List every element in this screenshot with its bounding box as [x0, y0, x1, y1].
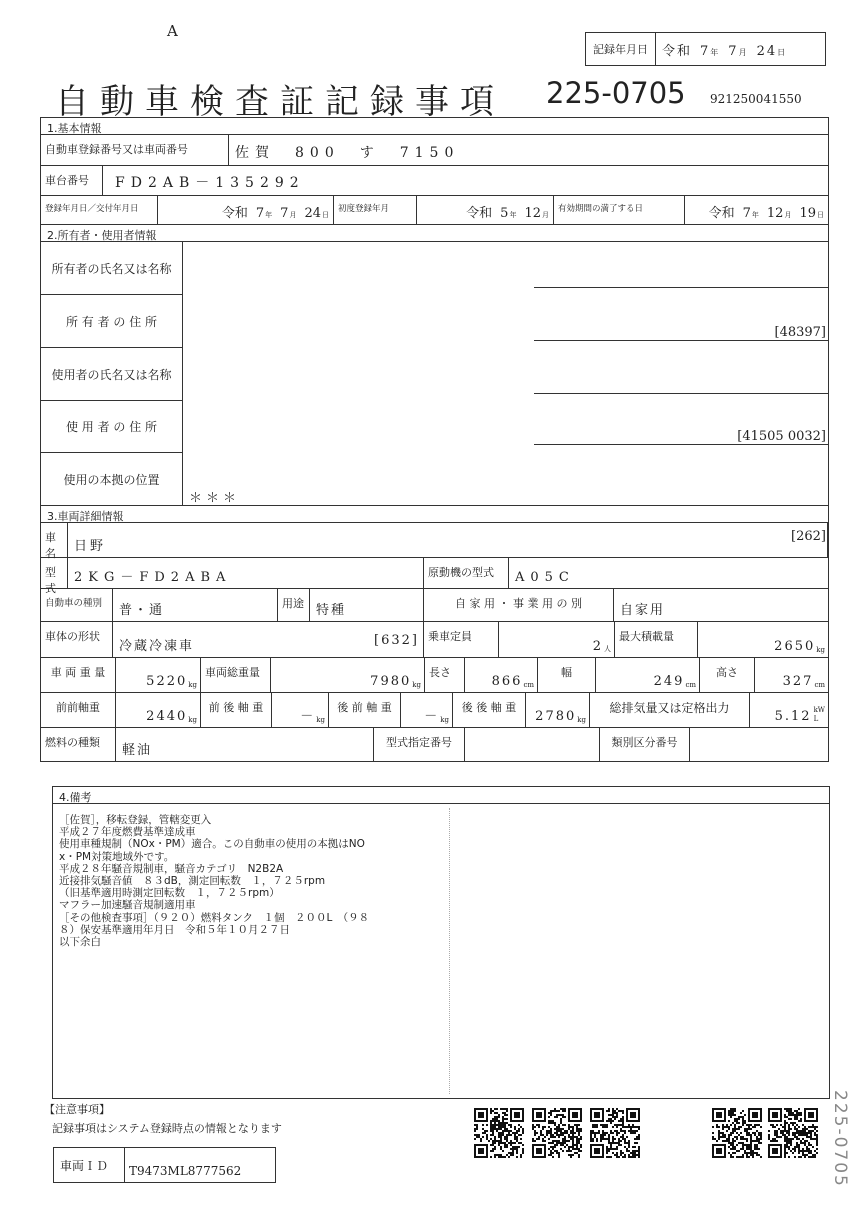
- rear-front-axle-label: 後 前 軸 重: [329, 693, 401, 727]
- length-value: 866cm: [465, 658, 538, 692]
- rr-axle: 2780: [535, 709, 576, 724]
- unit: 月: [289, 211, 296, 219]
- weight: 5220: [146, 674, 187, 689]
- chassis-label: 車台番号: [41, 166, 103, 195]
- front-front-axle-label: 前前軸重: [41, 693, 116, 727]
- model-label: 型式: [41, 558, 68, 588]
- chassis-value: FD2AB－135292: [103, 166, 828, 195]
- reg-number-value: 佐賀 800 す 7150: [229, 135, 828, 165]
- qr-code-2: [532, 1108, 582, 1158]
- type-approval-value: [465, 728, 600, 761]
- displacement: 5.12: [775, 709, 812, 724]
- max-load: 2650: [774, 639, 815, 654]
- section-remarks-heading: 4.備考: [53, 787, 829, 804]
- certificate-table: 1.基本情報 自動車登録番号又は車両番号 佐賀 800 す 7150 車台番号 …: [40, 117, 829, 762]
- owner-labels: 所有者の氏名又は名称 所 有 者 の 住 所 使用者の氏名又は名称 使 用 者 …: [41, 242, 183, 506]
- body-code: [632]: [374, 633, 419, 648]
- unit: cm: [523, 681, 534, 689]
- model-row: 型式 2KG－FD2ABA 原動機の型式 A05C: [41, 558, 828, 589]
- title-number: 225-0705: [546, 76, 686, 110]
- rear-front-axle-value: －kg: [401, 693, 453, 727]
- notice-text: 記録事項はシステム登録時点の情報となります: [52, 1120, 282, 1136]
- month: 12: [767, 206, 784, 221]
- year: 7: [743, 206, 751, 221]
- gross-weight-value: 7980kg: [271, 658, 425, 692]
- vehicle-id-value: T9473ML8777562: [125, 1148, 275, 1182]
- unit-kw: kW: [814, 706, 825, 715]
- month: 7: [728, 44, 738, 59]
- unit: 日: [777, 48, 787, 57]
- width-label: 幅: [538, 658, 596, 692]
- remarks-text: ［佐賀］，移転登録，管轄変更入 平成２７年度燃費基準達成車 使用車種規制（NOx…: [59, 814, 369, 948]
- era: 令和: [709, 202, 735, 221]
- max-load-value: 2650kg: [698, 622, 828, 657]
- reg-number-row: 自動車登録番号又は車両番号 佐賀 800 す 7150: [41, 135, 828, 166]
- unit: 人: [604, 644, 611, 654]
- unit-l: L: [814, 715, 825, 724]
- vehicle-name-value: 日野: [68, 523, 828, 557]
- front-rear-axle-value: －kg: [272, 693, 329, 727]
- unit: 月: [739, 48, 749, 57]
- kind-value: 普・通: [113, 589, 278, 621]
- unit: kg: [816, 646, 825, 654]
- fuel-row: 燃料の種類 軽油 型式指定番号 類別区分番号: [41, 728, 828, 761]
- height: 327: [783, 674, 814, 689]
- record-date-value: 令和 7年 7月 24日: [656, 33, 825, 65]
- weight-label: 車 両 重 量: [41, 658, 116, 692]
- private-value: 自家用: [614, 589, 828, 621]
- day: 24: [304, 206, 321, 221]
- use-value: 特種: [310, 589, 424, 621]
- width: 249: [654, 674, 685, 689]
- unit: kg: [440, 716, 449, 724]
- era: 令和: [222, 202, 248, 221]
- unit: 年: [752, 211, 759, 219]
- unit: kg: [577, 716, 586, 724]
- vehicle-id-label: 車両ＩＤ: [54, 1148, 125, 1182]
- body-shape: 冷蔵冷凍車: [119, 635, 194, 654]
- unit: 年: [265, 211, 272, 219]
- length-label: 長さ: [425, 658, 465, 692]
- vehicle-name-label: 車名: [41, 523, 68, 557]
- height-label: 高さ: [700, 658, 755, 692]
- qr-code-1: [474, 1108, 524, 1158]
- expiry-value: 令和 7年 12月 19日: [685, 196, 828, 224]
- user-name-label: 使用者の氏名又は名称: [41, 348, 183, 401]
- front-rear-axle-label: 前 後 軸 重: [201, 693, 272, 727]
- vehicle-name-row: 車名 日野 [262]: [41, 523, 828, 558]
- base-location-label: 使用の本拠の位置: [41, 453, 183, 506]
- record-date-box: 記録年月日 令和 7年 7月 24日: [585, 32, 826, 66]
- era: 令和: [662, 40, 692, 59]
- displacement-label: 総排気量又は定格出力: [590, 693, 750, 727]
- gross-weight: 7980: [370, 674, 411, 689]
- width-value: 249cm: [596, 658, 700, 692]
- weight-value: 5220kg: [116, 658, 201, 692]
- axle-row: 前前軸重 2440kg 前 後 軸 重 －kg 後 前 軸 重 －kg 後 後 …: [41, 693, 828, 728]
- unit: 年: [509, 211, 516, 219]
- base-location-value: ＊＊＊: [189, 487, 240, 506]
- length: 866: [492, 674, 523, 689]
- qr-code-3: [590, 1108, 640, 1158]
- front-front-axle-value: 2440kg: [116, 693, 201, 727]
- year: 5: [500, 206, 508, 221]
- kind-row: 自動車の種別 普・通 用途 特種 自 家 用 ・ 事 業 用 の 別 自家用: [41, 589, 828, 622]
- body-row: 車体の形状 冷蔵冷凍車 [632] 乗車定員 2人 最大積載量 2650kg: [41, 622, 828, 658]
- gross-weight-label: 車両総重量: [201, 658, 271, 692]
- owner-address-code: [48397]: [775, 325, 827, 340]
- year: 7: [700, 44, 710, 59]
- capacity: 2: [593, 639, 603, 654]
- page-title: 自動車検査証記録事項: [55, 74, 505, 123]
- rear-rear-axle-label: 後 後 軸 重: [453, 693, 526, 727]
- document-number: 921250041550: [710, 92, 802, 106]
- remarks-divider: [449, 808, 450, 1094]
- copy-mark: A: [167, 22, 178, 40]
- ff-axle: 2440: [146, 709, 187, 724]
- rear-rear-axle-value: 2780kg: [526, 693, 590, 727]
- fuel-value: 軽油: [116, 728, 374, 761]
- fuel-label: 燃料の種類: [41, 728, 116, 761]
- vehicle-name-code: [262]: [791, 529, 826, 544]
- use-label: 用途: [278, 589, 310, 621]
- type-approval-label: 型式指定番号: [374, 728, 465, 761]
- section-owner-heading: 2.所有者・使用者情報: [41, 225, 828, 242]
- first-reg-value: 令和 5年 12月: [417, 196, 554, 224]
- unit: kg: [188, 681, 197, 689]
- divider: [534, 393, 828, 394]
- first-reg-label: 初度登録年月: [334, 196, 417, 224]
- max-load-label: 最大積載量: [615, 622, 698, 657]
- unit: 月: [784, 211, 791, 219]
- reg-date-label: 登録年月日／交付年月日: [41, 196, 158, 224]
- user-address-label: 使 用 者 の 住 所: [41, 401, 183, 453]
- month: 7: [280, 206, 288, 221]
- section-basic-heading: 1.基本情報: [41, 118, 828, 135]
- divider: [534, 340, 828, 341]
- owner-address-label: 所 有 者 の 住 所: [41, 295, 183, 348]
- record-date-label: 記録年月日: [586, 33, 656, 65]
- divider: [534, 287, 828, 288]
- fr-axle: －: [300, 705, 315, 724]
- body-label: 車体の形状: [41, 622, 113, 657]
- handwritten-note: 225-0705: [830, 1090, 850, 1188]
- year: 7: [256, 206, 264, 221]
- unit: kg: [188, 716, 197, 724]
- day: 19: [799, 206, 816, 221]
- unit: 日: [322, 211, 329, 219]
- user-address-code: [41505 0032]: [737, 429, 826, 444]
- weight-row: 車 両 重 量 5220kg 車両総重量 7980kg 長さ 866cm 幅 2…: [41, 658, 828, 693]
- displacement-value: 5.12kWL: [750, 693, 828, 727]
- capacity-value: 2人: [499, 622, 615, 657]
- day: 24: [757, 44, 778, 59]
- unit: 月: [542, 211, 549, 219]
- reg-number-label: 自動車登録番号又は車両番号: [41, 135, 229, 165]
- qr-code-4: [712, 1108, 762, 1158]
- unit: 年: [710, 48, 720, 57]
- body-value: 冷蔵冷凍車 [632]: [113, 622, 424, 657]
- qr-code-5: [768, 1108, 818, 1158]
- remarks-box: 4.備考 ［佐賀］，移転登録，管轄変更入 平成２７年度燃費基準達成車 使用車種規…: [52, 786, 830, 1099]
- category-label: 類別区分番号: [600, 728, 690, 761]
- notice-heading: 【注意事項】: [44, 1101, 110, 1117]
- era: 令和: [466, 202, 492, 221]
- divider: [534, 444, 828, 445]
- rf-axle: －: [424, 705, 439, 724]
- expiry-label: 有効期間の満了する日: [554, 196, 685, 224]
- private-label: 自 家 用 ・ 事 業 用 の 別: [424, 589, 614, 621]
- engine-label: 原動機の型式: [424, 558, 509, 588]
- unit: 日: [817, 211, 824, 219]
- engine-value: A05C: [509, 558, 828, 588]
- category-value: [690, 728, 828, 761]
- capacity-label: 乗車定員: [424, 622, 499, 657]
- dates-row: 登録年月日／交付年月日 令和 7年 7月 24日 初度登録年月 令和 5年 12…: [41, 196, 828, 225]
- height-value: 327cm: [755, 658, 828, 692]
- unit: kg: [316, 716, 325, 724]
- month: 12: [524, 206, 541, 221]
- remarks-body: ［佐賀］，移転登録，管轄変更入 平成２７年度燃費基準達成車 使用車種規制（NOx…: [53, 804, 829, 1098]
- reg-date-value: 令和 7年 7月 24日: [158, 196, 334, 224]
- unit: kg: [412, 681, 421, 689]
- vehicle-id-box: 車両ＩＤ T9473ML8777562: [53, 1147, 276, 1183]
- owner-block: 所有者の氏名又は名称 所 有 者 の 住 所 使用者の氏名又は名称 使 用 者 …: [41, 242, 828, 506]
- model-value: 2KG－FD2ABA: [68, 558, 424, 588]
- kind-label: 自動車の種別: [41, 589, 113, 621]
- chassis-row: 車台番号 FD2AB－135292: [41, 166, 828, 196]
- section-vehicle-heading: 3.車両詳細情報: [41, 506, 828, 523]
- owner-name-label: 所有者の氏名又は名称: [41, 242, 183, 295]
- unit: cm: [814, 681, 825, 689]
- unit: cm: [685, 681, 696, 689]
